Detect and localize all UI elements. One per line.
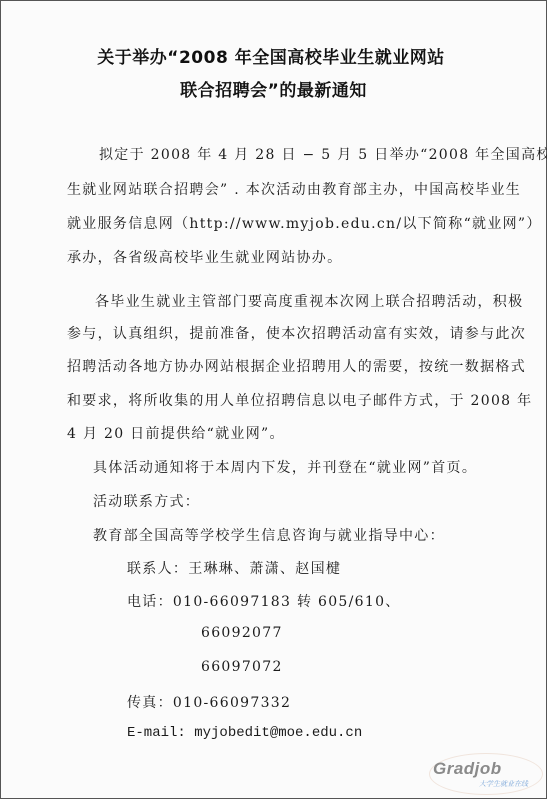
scanned-document: 关于举办“2008 年全国高校毕业生就业网站 联合招聘会”的最新通知 拟定于 2… [0,0,547,799]
title-line-1: 关于举办“2008 年全国高校毕业生就业网站 [61,43,481,68]
paragraph1-line4: 承办，各省级高校毕业生就业网站协办。 [67,247,342,267]
paragraph3: 具体活动通知将于本周内下发，并刊登在“就业网”首页。 [93,457,477,477]
paragraph1-line3: 就业服务信息网（http://www.myjob.edu.cn/以下简称“就业网… [67,213,542,233]
paragraph2-line3: 招聘活动各地方协办网站根据企业招聘用人的需要，按统一数据格式 [67,356,526,376]
contact-phone-3: 66097072 [201,659,283,675]
contact-phone-2: 66092077 [201,625,283,641]
paragraph2-line4: 和要求，将所收集的用人单位招聘信息以电子邮件方式，于 2008 年 [67,390,532,410]
organization: 教育部全国高等学校学生信息咨询与就业指导中心： [93,525,445,545]
contact-phone: 电话：010-66097183 转 605/610、 [127,591,401,611]
paragraph2-line5: 4 月 20 日前提供给“就业网”。 [67,423,285,443]
contact-heading: 活动联系方式： [93,491,200,511]
paragraph2-line2: 参与，认真组织，提前准备，使本次招聘活动富有实效，请参与此次 [67,323,526,343]
watermark-brand: Gradjob [433,759,502,779]
title-line-2: 联合招聘会”的最新通知 [1,76,546,101]
gradjob-watermark: Gradjob 大学生就业在线 [429,753,541,793]
contact-people: 联系人：王琳琳、萧潇、赵国楗 [127,558,341,578]
contact-email: E-mail: myjobedit@moe.edu.cn [127,725,362,741]
paragraph1-line2: 生就业网站联合招聘会” . 本次活动由教育部主办，中国高校毕业生 [67,179,521,199]
contact-fax: 传真：010-66097332 [127,692,291,712]
paragraph1-line1: 拟定于 2008 年 4 月 28 日 − 5 月 5 日举办“2008 年全国… [99,144,547,164]
paragraph2-line1: 各毕业生就业主管部门要高度重视本次网上联合招聘活动，积极 [95,291,523,311]
watermark-subtitle: 大学生就业在线 [479,779,528,789]
